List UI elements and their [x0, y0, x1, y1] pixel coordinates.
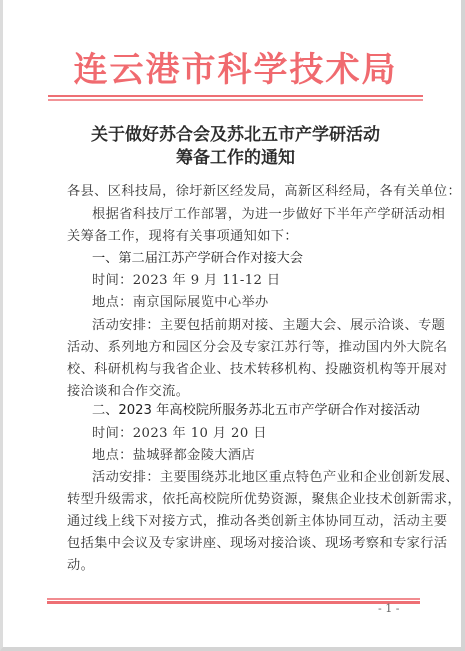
document-title-line2: 筹备工作的通知 [3, 147, 465, 169]
masthead-rule-bottom [48, 99, 423, 101]
section-place: 地点：南京国际展览中心举办 [92, 294, 269, 312]
masthead-agency-name: 连云港市科学技术局 [3, 48, 465, 92]
salutation: 各县、区科技局，徐圩新区经发局，高新区科经局，各有关单位： [67, 183, 461, 201]
section-arrangement-line: 活动、系列地方和园区分会及专家江苏行等，推动国内外大院名 [67, 339, 447, 357]
intro-line: 关筹备工作，现将有关事项通知如下： [67, 228, 298, 246]
section-arrangement-line: 活动安排：主要包括前期对接、主题大会、展示洽谈、专题 [92, 317, 445, 335]
section-arrangement-line: 活动安排：主要围绕苏北地区重点特色产业和企业创新发展、 [92, 469, 459, 487]
section-arrangement-line: 通过线上线下对接方式，推动各类创新主体协同互动，活动主要 [67, 513, 447, 531]
document-page: 连云港市科学技术局 关于做好苏合会及苏北五市产学研活动 筹备工作的通知 各县、区… [0, 0, 465, 651]
footer-rule-bottom [47, 601, 420, 604]
section-arrangement-line: 转型升级需求，依托高校院所优势资源，聚焦企业技术创新需求， [67, 491, 461, 509]
footer-rule-top [47, 598, 420, 600]
intro-line: 根据省科技厅工作部署，为进一步做好下半年产学研活动相 [92, 206, 445, 224]
document-title-line1: 关于做好苏合会及苏北五市产学研活动 [3, 124, 465, 146]
section-heading: 一、第二届江苏产学研合作对接大会 [92, 250, 303, 268]
page-number: - 1 - [378, 602, 399, 615]
section-arrangement-line: 包括集中会议及专家讲座、现场对接洽谈、现场考察和专家行活 [67, 535, 447, 553]
section-place: 地点：盐城驿都金陵大酒店 [92, 447, 255, 465]
section-arrangement-line: 接洽谈和合作交流。 [67, 383, 189, 401]
section-heading: 二、2023 年高校院所服务苏北五市产学研合作对接活动 [92, 402, 420, 420]
section-time: 时间：2023 年 10 月 20 日 [92, 425, 267, 443]
section-arrangement-line: 校、科研机构与我省企业、技术转移机构、投融资机构等开展对 [67, 361, 447, 379]
section-time: 时间：2023 年 9 月 11-12 日 [92, 272, 280, 290]
masthead-rule-top [48, 95, 423, 97]
section-arrangement-line: 动。 [67, 557, 94, 575]
